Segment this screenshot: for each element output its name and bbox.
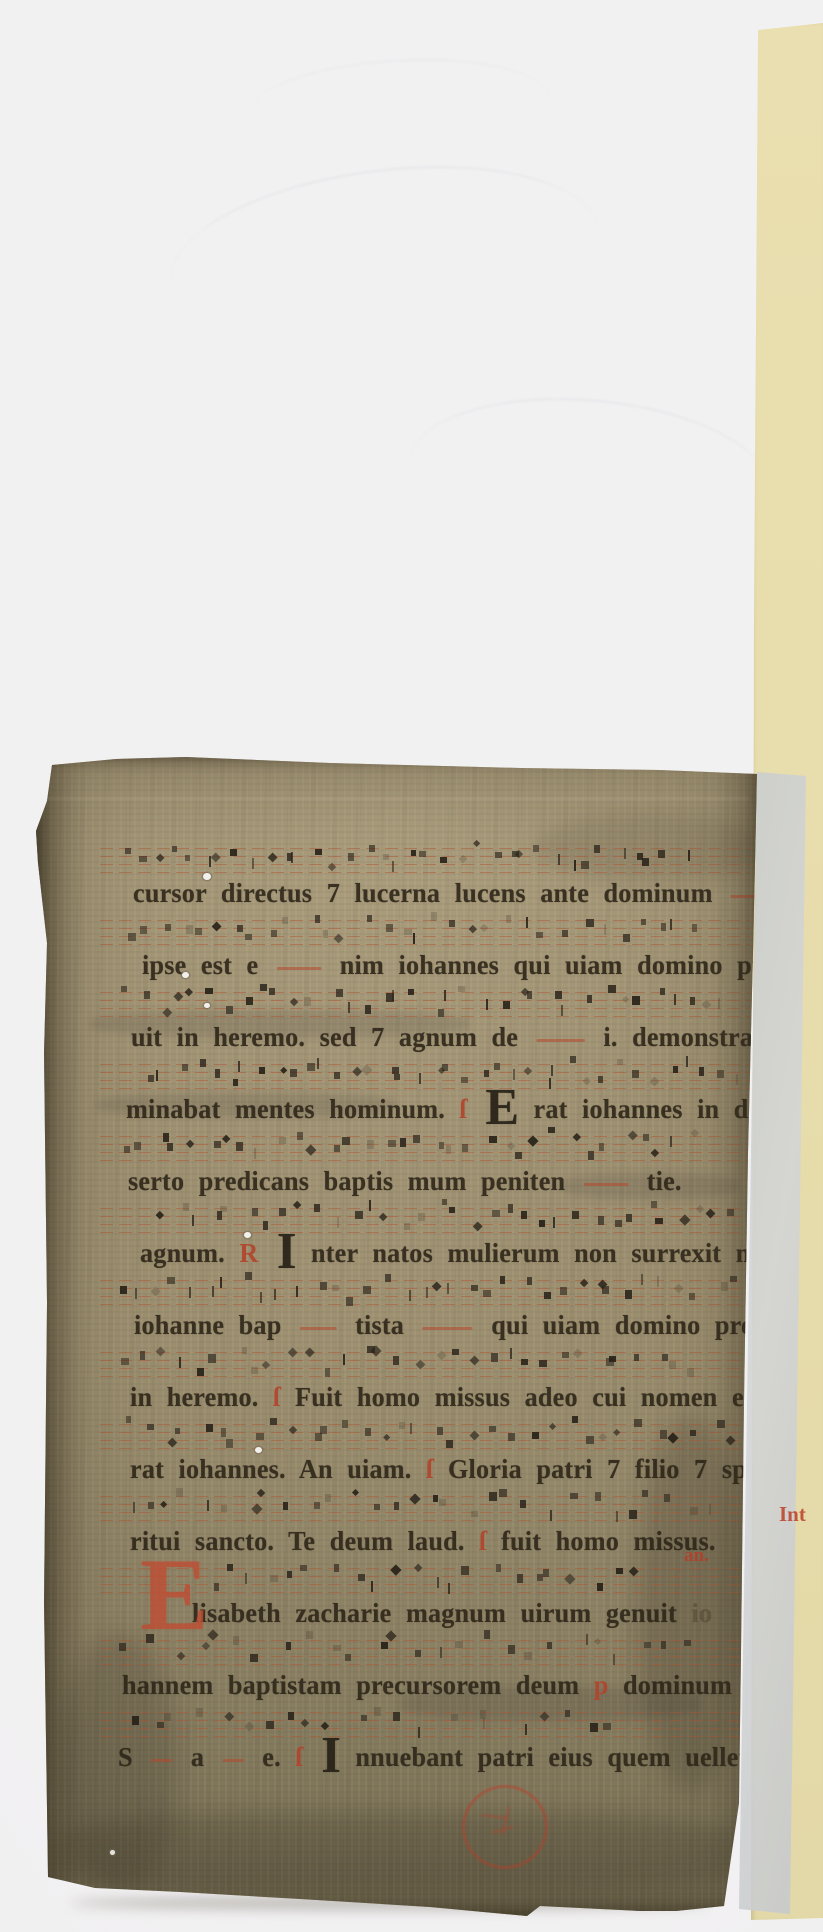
neume-mark — [613, 1429, 621, 1437]
neume-mark — [211, 853, 221, 863]
neume-mark — [342, 1420, 348, 1428]
staff-line — [100, 1424, 750, 1425]
word-token: lisabeth zacharie magnum uirum genuit — [192, 1598, 677, 1628]
neume-mark — [624, 848, 626, 859]
neume-mark — [608, 985, 616, 993]
neume-mark — [437, 1577, 439, 1588]
neume-mark — [525, 1724, 527, 1735]
rubric-token: ſ — [295, 1742, 302, 1772]
black-initial: I — [277, 1223, 296, 1280]
red-filler-line — [151, 1759, 172, 1762]
word-token: S — [118, 1742, 133, 1772]
neume-mark — [251, 1367, 258, 1374]
neume-mark — [602, 1286, 609, 1294]
rubric-token: p — [594, 1670, 609, 1700]
staff-line — [100, 1216, 750, 1217]
neume-mark — [300, 1565, 307, 1571]
neume-mark — [315, 849, 322, 855]
neume-mark — [641, 919, 646, 925]
neume-mark — [544, 1292, 551, 1299]
staff-line — [100, 1720, 750, 1721]
neume-mark — [523, 1067, 531, 1075]
neume-mark — [626, 1214, 632, 1222]
neume-mark — [134, 1142, 141, 1150]
neume-mark — [237, 925, 243, 932]
neume-mark — [449, 1207, 455, 1213]
neume-mark — [507, 1141, 516, 1150]
neume-mark — [206, 1424, 214, 1432]
neume-mark — [588, 1151, 594, 1160]
neume-mark — [208, 1354, 216, 1363]
neume-mark — [409, 1290, 411, 1301]
neume-mark — [244, 1722, 254, 1732]
rubric-token: ſ — [479, 1526, 486, 1556]
neume-mark — [642, 858, 648, 866]
neume-mark — [649, 1077, 659, 1087]
neume-mark — [212, 1286, 214, 1297]
staff-line — [100, 1440, 750, 1441]
neume-mark — [431, 1282, 441, 1292]
staff-line — [100, 1008, 750, 1009]
word-token: hannem baptistam precursorem deum — [122, 1670, 579, 1700]
neume-mark — [517, 1574, 523, 1583]
neume-mark — [334, 1145, 340, 1152]
neume-mark — [586, 919, 594, 927]
neume-mark — [484, 1070, 489, 1077]
staff-line — [100, 1664, 750, 1665]
neume-mark — [283, 1502, 288, 1510]
neume-mark — [393, 1712, 399, 1721]
neume-mark — [690, 997, 695, 1005]
neume-mark — [355, 1211, 362, 1218]
staff-line — [100, 1376, 750, 1377]
neume-mark — [288, 1347, 298, 1357]
neume-mark — [139, 856, 146, 863]
paper-crease — [404, 385, 776, 567]
neume-mark — [470, 1355, 480, 1365]
neume-mark — [163, 1133, 169, 1142]
staff-line — [100, 1280, 750, 1281]
neume-mark — [230, 849, 237, 855]
neume-mark — [461, 1077, 468, 1084]
neume-mark — [617, 1059, 623, 1065]
neume-mark — [641, 1274, 643, 1285]
neume-mark — [581, 861, 589, 869]
neume-mark — [286, 1642, 291, 1650]
neume-mark — [279, 1208, 286, 1217]
staff-line — [100, 1064, 750, 1065]
neume-mark — [692, 924, 698, 932]
staff-line — [100, 1288, 750, 1289]
paper-crease — [161, 144, 609, 366]
neume-mark — [551, 1065, 553, 1076]
neume-mark — [444, 990, 446, 1001]
neume-mark — [615, 1220, 622, 1226]
neume-mark — [365, 1005, 370, 1014]
neume-mark — [521, 1359, 528, 1365]
neume-mark — [414, 1564, 423, 1573]
neume-mark — [503, 1001, 510, 1009]
neume-mark — [670, 1136, 672, 1147]
word-token: uit in heremo. sed 7 agnum de — [131, 1022, 518, 1052]
neume-mark — [120, 1286, 126, 1294]
neume-mark — [451, 1714, 458, 1721]
neume-mark — [289, 1426, 297, 1434]
neume-mark — [699, 1067, 704, 1075]
neume-mark — [562, 930, 568, 937]
neume-mark — [419, 1073, 421, 1084]
neume-mark — [730, 1276, 738, 1282]
neume-mark — [336, 989, 343, 997]
rubric-token: ſ — [273, 1382, 280, 1412]
neume-mark — [446, 1145, 451, 1154]
neume-mark — [431, 912, 437, 921]
red-marginal-rubric: Int — [779, 1502, 806, 1527]
word-token: io — [691, 1598, 712, 1628]
parchment-hole — [110, 1850, 115, 1855]
neume-mark — [452, 1349, 459, 1355]
parchment-stain — [56, 1813, 746, 1893]
neume-mark — [599, 1143, 604, 1151]
neume-mark — [555, 991, 563, 999]
neume-mark — [508, 1645, 515, 1654]
neume-mark — [291, 852, 293, 863]
red-filler-line — [537, 1039, 586, 1042]
neume-mark — [179, 1357, 181, 1368]
neume-mark — [205, 988, 213, 994]
manuscript-text-line: cursor directus 7 lucerna lucens ante do… — [133, 876, 823, 910]
neume-mark — [413, 933, 415, 944]
neume-mark — [532, 1432, 539, 1439]
neume-mark — [315, 915, 320, 923]
neume-mark — [411, 850, 416, 856]
word-token: tista — [355, 1310, 404, 1340]
neume-mark — [165, 924, 171, 932]
red-filler-line — [300, 1327, 337, 1330]
neume-mark — [527, 1136, 538, 1147]
neume-mark — [521, 1211, 527, 1219]
neume-mark — [343, 1354, 345, 1365]
neume-mark — [186, 925, 193, 934]
neume-mark — [148, 1075, 154, 1082]
neume-mark — [245, 934, 252, 941]
manuscript-text-line: minabat mentes hominum. ſ E rat iohannes… — [126, 1092, 760, 1126]
neume-mark — [690, 1430, 696, 1436]
word-token: e. — [262, 1742, 281, 1772]
staff-line — [100, 1512, 750, 1513]
neume-mark — [270, 1418, 277, 1425]
rubric-token: ſ — [426, 1454, 433, 1484]
staff-line — [100, 1232, 750, 1233]
neume-mark — [587, 995, 592, 1003]
neume-mark — [306, 1145, 317, 1156]
word-token: rat iohannes. An uiam. — [130, 1454, 411, 1484]
neume-mark — [332, 1285, 339, 1291]
neume-mark — [385, 1274, 391, 1282]
neume-mark — [140, 926, 147, 934]
neume-mark — [622, 996, 630, 1004]
neume-mark — [736, 1074, 738, 1085]
neume-mark — [586, 1436, 593, 1444]
neume-mark — [570, 1493, 578, 1500]
neume-mark — [345, 1654, 351, 1661]
neume-mark — [439, 1142, 444, 1149]
neume-mark — [469, 925, 477, 933]
neume-mark — [629, 1510, 636, 1519]
neume-mark — [543, 1569, 550, 1578]
neume-mark — [156, 1347, 166, 1357]
neume-mark — [721, 1282, 728, 1291]
neume-mark — [297, 1132, 302, 1140]
neume-mark — [690, 1507, 698, 1516]
neume-mark — [221, 1505, 227, 1512]
word-token: minabat mentes hominum. — [126, 1094, 445, 1124]
neume-mark — [128, 933, 136, 940]
neume-mark — [508, 1433, 516, 1441]
neume-mark — [269, 988, 275, 995]
neume-mark — [304, 1347, 315, 1358]
neume-mark — [363, 1286, 371, 1295]
neume-mark — [280, 1067, 288, 1075]
staff-line — [100, 1304, 750, 1305]
word-token: nter natos mulierum non surrexit maior — [311, 1238, 804, 1268]
neume-mark — [687, 1368, 694, 1377]
neume-mark — [274, 1289, 276, 1300]
neume-mark — [246, 997, 254, 1005]
neume-mark — [598, 1076, 603, 1083]
neume-mark — [524, 1652, 532, 1660]
staff-line — [100, 1136, 750, 1137]
neume-mark — [215, 1069, 220, 1078]
neume-mark — [492, 1210, 499, 1217]
neume-mark — [167, 1277, 175, 1284]
neume-mark — [727, 1209, 734, 1216]
neume-mark — [176, 1652, 185, 1661]
neume-mark — [616, 1568, 622, 1574]
neume-mark — [616, 1511, 618, 1522]
neume-mark — [392, 990, 394, 1001]
word-token: Fuit homo missus adeo cui nomen e — [295, 1382, 744, 1412]
word-token: serto predicans baptis mum peniten — [128, 1166, 565, 1196]
neume-mark — [437, 1427, 443, 1435]
neume-mark — [271, 930, 277, 938]
neume-mark — [718, 998, 720, 1009]
neume-mark — [561, 1005, 563, 1016]
neume-mark — [510, 1348, 512, 1359]
neume-mark — [527, 1277, 532, 1285]
neume-mark — [317, 1058, 319, 1069]
neume-mark — [132, 1716, 139, 1725]
neume-mark — [655, 1218, 663, 1224]
neume-mark — [508, 1204, 514, 1213]
neume-mark — [632, 1070, 639, 1079]
neume-mark — [270, 1575, 277, 1582]
neume-mark — [296, 1286, 298, 1297]
neume-mark — [634, 1354, 639, 1361]
word-token: nim iohannes qui uiam domino prepara — [340, 950, 823, 980]
neume-mark — [148, 1502, 154, 1509]
neume-mark — [419, 851, 426, 857]
neume-mark — [644, 1642, 650, 1649]
neume-mark — [367, 915, 372, 922]
neume-mark — [172, 846, 177, 852]
red-filler-line — [422, 1327, 472, 1330]
word-token: agnum. — [140, 1238, 225, 1268]
staff-line — [100, 1496, 750, 1497]
neume-mark — [135, 1288, 137, 1299]
neume-mark — [657, 1276, 659, 1287]
manuscript-text-line: S a e. ſ I nnuebant patri eius quem uell… — [118, 1740, 823, 1774]
paper-crease — [248, 52, 552, 159]
staff-line — [100, 1520, 750, 1521]
neume-mark — [461, 1566, 469, 1575]
neume-mark — [334, 1564, 340, 1573]
neume-mark — [483, 1718, 485, 1729]
neume-mark — [500, 1276, 505, 1284]
parchment-leaf: cursor directus 7 lucerna lucens ante do… — [36, 753, 763, 1920]
staff-line — [100, 1144, 750, 1145]
neume-mark — [214, 1141, 222, 1148]
neume-mark — [573, 1133, 581, 1141]
neume-mark — [250, 1654, 258, 1662]
neume-mark — [282, 917, 289, 925]
staff-line — [100, 864, 750, 865]
neume-mark — [325, 1368, 331, 1377]
neume-mark — [643, 1134, 649, 1141]
neume-mark — [125, 848, 130, 854]
round-ink-stamp — [457, 1780, 553, 1874]
neume-mark — [446, 1440, 453, 1448]
neume-mark — [337, 1217, 339, 1228]
staff-line — [100, 1736, 750, 1737]
neume-mark — [195, 928, 202, 935]
manuscript-text-line: hannem baptistam precursorem deum p domi… — [122, 1668, 732, 1702]
neume-mark — [220, 1206, 227, 1212]
neume-mark — [371, 1581, 373, 1592]
neume-mark — [415, 1650, 420, 1657]
neume-mark — [669, 1361, 675, 1369]
neume-mark — [369, 845, 376, 853]
neume-mark — [597, 1583, 603, 1591]
neume-mark — [386, 924, 393, 932]
neume-mark — [471, 1511, 478, 1518]
neume-mark — [189, 1287, 191, 1298]
neume-mark — [260, 1292, 262, 1303]
neume-mark — [486, 999, 488, 1010]
neume-mark — [572, 1349, 582, 1359]
neume-mark — [266, 1721, 274, 1728]
neume-mark — [155, 854, 164, 863]
neume-mark — [342, 1137, 350, 1145]
neume-mark — [572, 1416, 578, 1423]
neume-mark — [245, 1573, 247, 1584]
neume-mark — [381, 1642, 388, 1649]
neume-mark — [526, 917, 528, 928]
neume-mark — [455, 1641, 463, 1648]
neume-mark — [590, 1723, 597, 1731]
neume-mark — [448, 1583, 450, 1594]
neume-mark — [192, 1215, 194, 1226]
neume-mark — [447, 1283, 449, 1294]
neume-mark — [236, 1142, 243, 1151]
neume-mark — [458, 986, 465, 992]
neume-mark — [583, 1077, 591, 1085]
neume-mark — [126, 1416, 131, 1424]
neume-mark — [515, 1152, 522, 1159]
neume-mark — [483, 1290, 491, 1297]
neume-mark — [426, 1287, 428, 1298]
neume-mark — [562, 1352, 569, 1358]
word-token: iohanne bap — [134, 1310, 281, 1340]
neume-mark — [182, 1064, 188, 1071]
neume-mark — [323, 930, 329, 938]
neume-mark — [408, 989, 415, 995]
neume-mark — [196, 1708, 203, 1717]
neume-mark — [256, 1433, 264, 1439]
manuscript-text-line: uit in heremo. sed 7 agnum de i. demonst… — [131, 1020, 823, 1054]
neume-mark — [279, 1137, 286, 1144]
neume-mark — [254, 1148, 256, 1159]
neume-mark — [320, 1282, 327, 1290]
word-token: a — [191, 1742, 204, 1772]
lombardic-initial-E: E — [140, 1548, 209, 1643]
neume-mark — [156, 1070, 158, 1081]
neume-mark — [197, 1368, 204, 1376]
neume-mark — [484, 1630, 490, 1639]
manuscript-text-line: iohanne bap tista qui uiam domino prepar… — [134, 1308, 823, 1342]
neume-mark — [442, 1064, 448, 1072]
neume-mark — [388, 1140, 395, 1147]
neume-mark — [186, 1140, 195, 1149]
neume-mark — [480, 924, 489, 933]
neume-mark — [304, 997, 311, 1005]
neume-mark — [549, 1078, 551, 1089]
neume-mark — [586, 1634, 588, 1645]
parchment-crease — [44, 797, 750, 800]
neume-mark — [144, 991, 150, 998]
neume-mark — [632, 996, 640, 1005]
staff-line — [100, 992, 750, 993]
neume-mark — [553, 1217, 555, 1228]
neume-mark — [560, 1287, 567, 1295]
neume-mark — [533, 845, 539, 851]
manuscript-text-line: agnum. R I nter natos mulierum non surre… — [140, 1236, 804, 1270]
neume-mark — [664, 1494, 671, 1501]
staff-line — [100, 1224, 750, 1225]
red-marginal-rubric: an. — [684, 1545, 709, 1567]
neume-mark — [164, 1713, 171, 1721]
neume-mark — [399, 1422, 405, 1429]
neume-mark — [358, 1574, 365, 1580]
neume-mark — [686, 1056, 688, 1067]
neume-mark — [539, 1220, 545, 1228]
neume-mark — [433, 1495, 439, 1502]
neume-mark — [442, 1199, 447, 1205]
neume-mark — [499, 1489, 507, 1497]
neume-mark — [570, 1056, 577, 1063]
neume-mark — [207, 1500, 209, 1511]
neume-mark — [214, 1583, 219, 1591]
manuscript-text-line: serto predicans baptis mum peniten tie. … — [128, 1164, 823, 1198]
neume-mark — [346, 1297, 353, 1306]
neume-mark — [565, 1710, 570, 1717]
neume-mark — [268, 852, 278, 862]
neume-mark — [574, 860, 576, 871]
neume-mark — [418, 1213, 425, 1221]
neume-mark — [642, 1490, 648, 1497]
neume-mark — [725, 1435, 735, 1445]
neume-mark — [226, 1439, 233, 1448]
